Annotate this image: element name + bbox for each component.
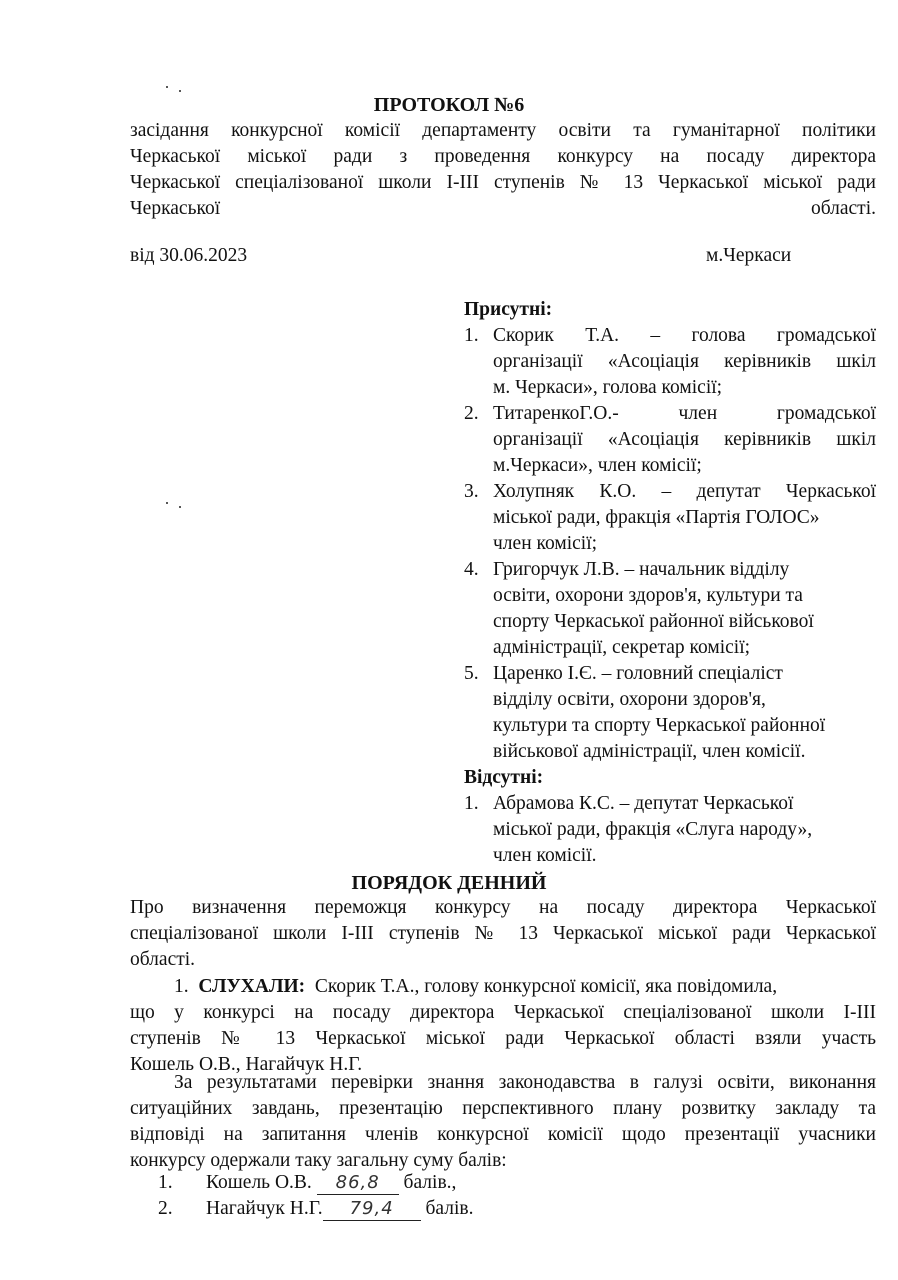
intro-line: Черкаської міської ради з проведення кон… [130,144,876,170]
score-row: 2. Нагайчук Н.Г. 79,4 балів. [130,1196,876,1222]
absent-member: 1. Абрамова К.С. – депутат Черкаської мі… [464,791,876,869]
results-line: відповіді на запитання членів конкурсної… [130,1122,876,1148]
present-member: 5. Царенко І.Є. – головний спеціаліст ві… [464,661,876,765]
member-line: організації «Асоціація керівників шкіл [493,427,876,453]
scan-speck [179,506,181,508]
document-date: від 30.06.2023 [130,243,247,269]
document-intro: засідання конкурсної комісії департамент… [130,118,876,222]
member-number: 3. [464,479,479,505]
member-line: Скорик Т.А. – голова громадської [493,323,876,349]
handwritten-score: 79,4 [350,1198,394,1219]
heard-first-line: 1. СЛУХАЛИ: Скорик Т.А., голову конкурсн… [130,974,876,1000]
member-line: військової адміністрації, член комісії. [493,739,876,765]
results-line: ситуаційних завдань, презентацію перспек… [130,1096,876,1122]
heard-line: що у конкурсі на посаду директора Черкас… [130,1000,876,1026]
heard-number: 1. [174,976,189,997]
scan-speck [166,502,168,504]
score-row: 1. Кошель О.В. 86,8 балів., [130,1170,876,1196]
present-member: 2. ТитаренкоГ.О.- член громадської орган… [464,401,876,479]
member-line: освіти, охорони здоров'я, культури та [493,583,876,609]
member-line: культури та спорту Черкаської районної [493,713,876,739]
member-line: м. Черкаси», голова комісії; [493,375,876,401]
present-list: 1. Скорик Т.А. – голова громадської орга… [464,323,876,765]
member-line: Абрамова К.С. – депутат Черкаської [493,791,876,817]
agenda-text: Про визначення переможця конкурсу на пос… [130,895,876,973]
intro-line: засідання конкурсної комісії департамент… [130,118,876,144]
present-member: 3. Холупняк К.О. – депутат Черкаської мі… [464,479,876,557]
agenda-line: області. [130,947,876,973]
absent-list: 1. Абрамова К.С. – депутат Черкаської мі… [464,791,876,869]
member-line: член комісії; [493,531,876,557]
document-city: м.Черкаси [706,243,791,269]
scan-speck [166,86,168,88]
document-title: ПРОТОКОЛ №6 [0,92,898,118]
member-line: м.Черкаси», член комісії; [493,453,876,479]
score-number: 1. [158,1170,173,1196]
heard-section: 1. СЛУХАЛИ: Скорик Т.А., голову конкурсн… [130,974,876,1078]
member-number: 1. [464,791,479,817]
present-member: 4. Григорчук Л.В. – начальник відділу ос… [464,557,876,661]
results-section: За результатами перевірки знання законод… [130,1070,876,1174]
member-line: Царенко І.Є. – головний спеціаліст [493,661,876,687]
agenda-title: ПОРЯДОК ДЕННИЙ [0,870,898,896]
member-line: Холупняк К.О. – депутат Черкаської [493,479,876,505]
heard-label: СЛУХАЛИ: [198,976,305,997]
member-line: Григорчук Л.В. – начальник відділу [493,557,876,583]
score-suffix: балів. [426,1198,474,1219]
score-suffix: балів., [404,1172,457,1193]
scores-list: 1. Кошель О.В. 86,8 балів., 2. Нагайчук … [130,1170,876,1222]
intro-line: Черкаської області. [130,196,876,222]
score-number: 2. [158,1196,173,1222]
present-member: 1. Скорик Т.А. – голова громадської орга… [464,323,876,401]
member-line: спорту Черкаської районної військової [493,609,876,635]
agenda-line: спеціалізованої школи І-ІІІ ступенів № 1… [130,921,876,947]
heard-first-text: Скорик Т.А., голову конкурсної комісії, … [315,976,777,997]
candidate-name: Нагайчук Н.Г. [206,1198,323,1219]
agenda-line: Про визначення переможця конкурсу на пос… [130,895,876,921]
member-number: 4. [464,557,479,583]
intro-line: Черкаської спеціалізованої школи І-ІІІ с… [130,170,876,196]
member-line: ТитаренкоГ.О.- член громадської [493,401,876,427]
member-line: міської ради, фракція «Слуга народу», [493,817,876,843]
heard-line: ступенів № 13 Черкаської міської ради Че… [130,1026,876,1052]
member-line: міської ради, фракція «Партія ГОЛОС» [493,505,876,531]
member-number: 2. [464,401,479,427]
attendance-section: Присутні: 1. Скорик Т.А. – голова громад… [464,297,876,869]
candidate-name: Кошель О.В. [206,1172,312,1193]
handwritten-score: 86,8 [336,1172,380,1193]
absent-label: Відсутні: [464,765,876,791]
member-number: 1. [464,323,479,349]
member-number: 5. [464,661,479,687]
present-label: Присутні: [464,297,876,323]
results-line: За результатами перевірки знання законод… [130,1070,876,1096]
member-line: відділу освіти, охорони здоров'я, [493,687,876,713]
member-line: адміністрації, секретар комісії; [493,635,876,661]
member-line: організації «Асоціація керівників шкіл [493,349,876,375]
member-line: член комісії. [493,843,876,869]
